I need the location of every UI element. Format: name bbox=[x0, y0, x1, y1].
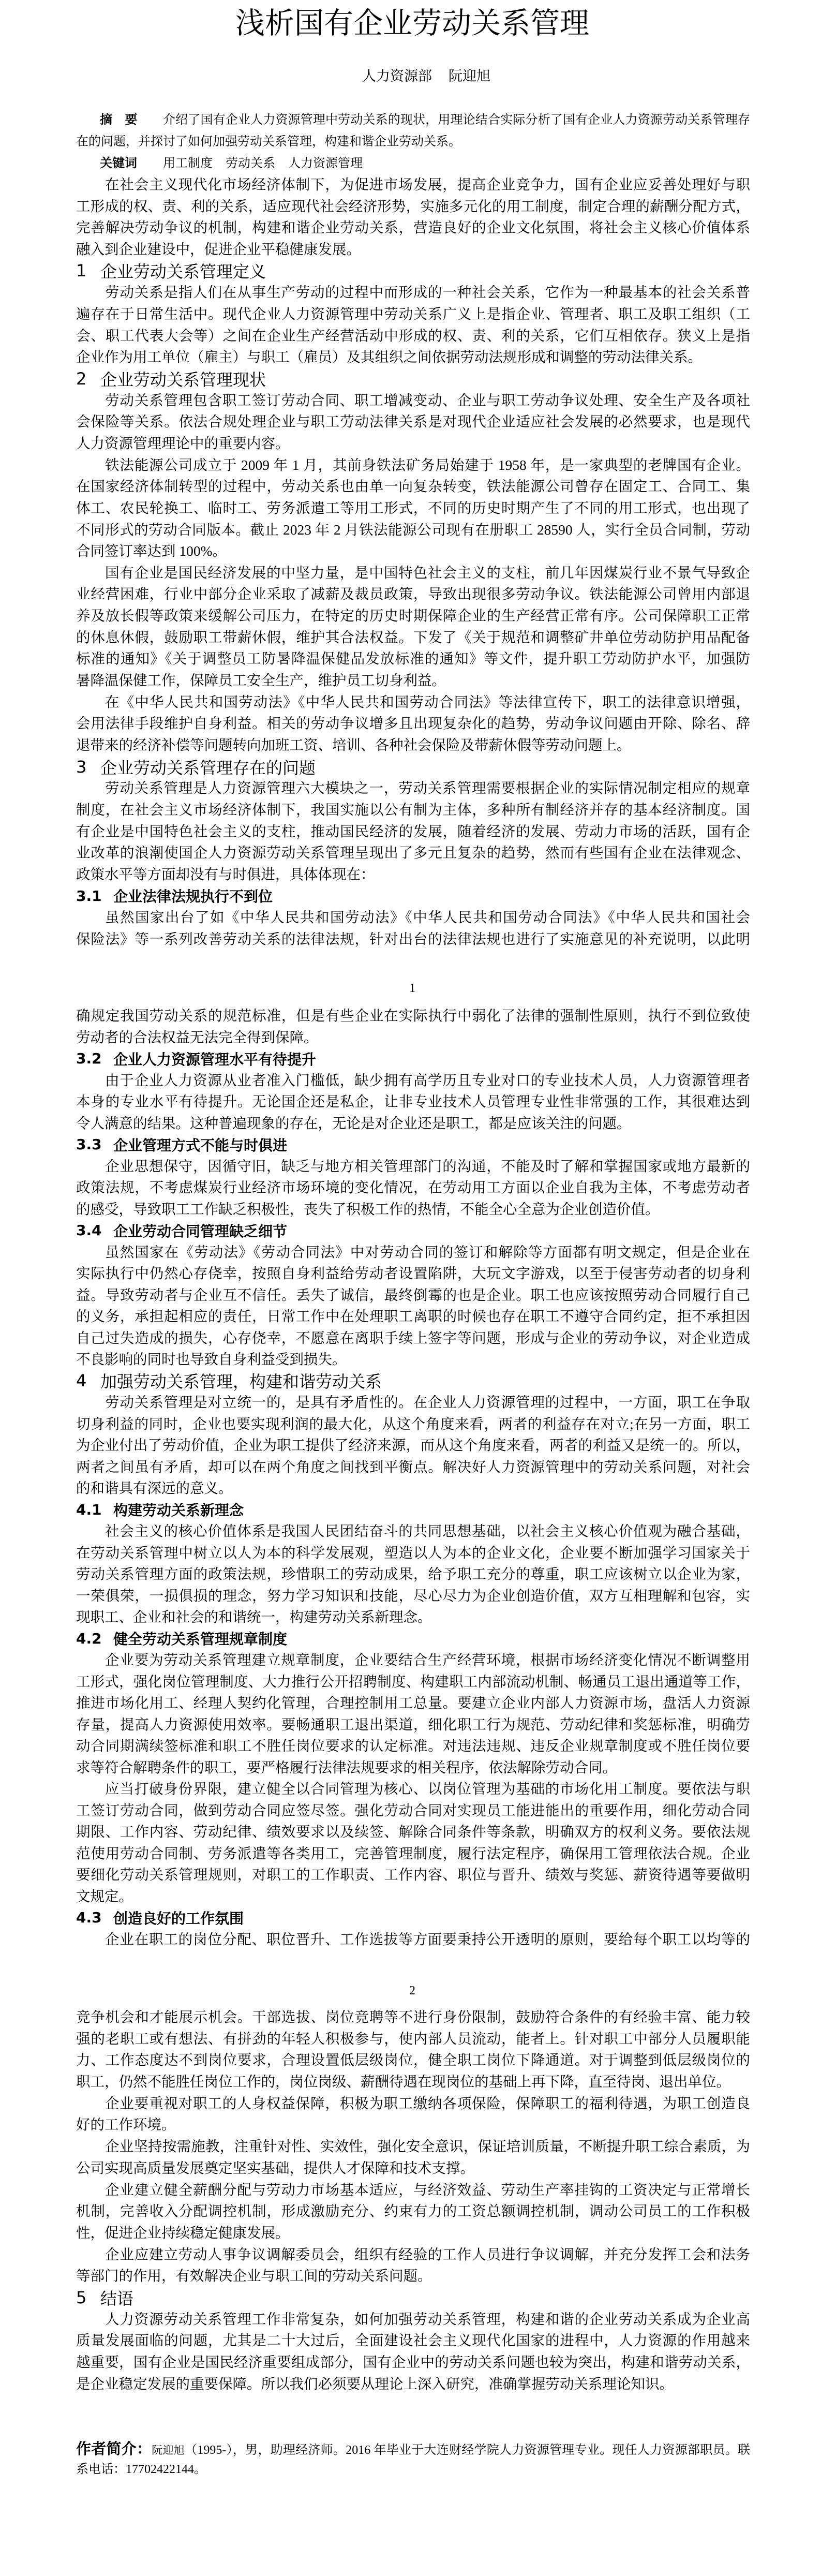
paragraph: 在社会主义现代化市场经济体制下，为促进市场发展，提高企业竞争力，国有企业应妥善处… bbox=[76, 174, 750, 260]
author-bio-line: 作者简介：阮迎旭（1995-），男，助理经济师。2016 年毕业于大连财经学院人… bbox=[76, 2438, 750, 2459]
text-line: 本身的专业水平有待提升。无论国企还是私企，让非专业技术人员管理专业性非常强的工作… bbox=[76, 1091, 750, 1113]
text-line: 企业应建立劳动人事争议调解委员会，组织有经验的工作人员进行争议调解，并充分发挥工… bbox=[76, 2244, 750, 2266]
heading-title: 企业劳动关系管理定义 bbox=[100, 259, 266, 283]
text-line: 机制，完善收入分配调控机制，形成激励充分、约束有力的工资总额调控机制，调动公司员… bbox=[76, 2200, 750, 2222]
paragraph: 企业坚持按需施教，注重针对性、实效性，强化安全意识，保证培训质量，不断提升职工综… bbox=[76, 2136, 750, 2179]
heading-title: 企业劳动关系管理存在的问题 bbox=[100, 755, 316, 779]
text-line: 企业要为劳动关系管理建立规章制度，企业要结合生产经营环境，根据市场经济变化情况不… bbox=[76, 1649, 750, 1671]
text-line: 保险法》等一系列改善劳动关系的法律法规，针对出台的法律法规也进行了实施意见的补充… bbox=[76, 928, 750, 950]
text-line: 不同形式的劳动合同版本。截止 2023 年 2 月铁法能源公司现有在册职工 28… bbox=[76, 519, 750, 541]
text-line: 业改革的浪潮使国企人力资源劳动关系管理呈现出了多元且复杂的趋势，然而有些国有企业… bbox=[76, 842, 750, 864]
page-number: 1 bbox=[0, 981, 821, 996]
text-line: 动合同期满续签标准和职工不胜任岗位要求的认定标准。对违法违规、违反企业规章制度或… bbox=[76, 1735, 750, 1757]
text-line: 的和谐具有深远的意义。 bbox=[76, 1477, 750, 1499]
keyword: 劳动关系 bbox=[226, 153, 275, 174]
text-line: 范使用劳动合同制、劳务派遣等各类用工，完善管理制度，履行法定程序，确保用工管理依… bbox=[76, 1843, 750, 1864]
heading-number: 3.2 bbox=[76, 1050, 113, 1067]
abstract-section: 摘 要 介绍了国有企业人力资源管理中劳动关系的现状，用理论结合实际分析了国有企业… bbox=[76, 109, 750, 174]
paragraph: 人力资源劳动关系管理工作非常复杂，如何加强劳动关系管理，构建和谐的企业劳动关系成… bbox=[76, 2308, 750, 2395]
subsection-heading: 3.4 企业劳动合同管理缺乏细节 bbox=[76, 1220, 750, 1241]
text-line: 在国家经济体制转型的过程中，劳动关系也由单一向复杂转变，铁法能源公司曾存在固定工… bbox=[76, 476, 750, 497]
text-line: 劳动者的合法权益无法完全得到保障。 bbox=[76, 1027, 750, 1048]
heading-title: 健全劳动关系管理规章制度 bbox=[113, 1628, 287, 1649]
heading-title: 结语 bbox=[100, 2286, 133, 2309]
text-line: 国有企业是国民经济发展的中坚力量，是中国特色社会主义的支柱，前几年因煤炭行业不景… bbox=[76, 562, 750, 584]
text-line: 一荣俱荣，一损俱损的理念，努力学习知识和技能，尽心尽力为企业创造价值，双方互相理… bbox=[76, 1585, 750, 1607]
heading-number: 3 bbox=[76, 757, 100, 777]
paragraph: 虽然国家在《劳动法》《劳动合同法》中对劳动合同的签订和解除等方面都有明文规定，但… bbox=[76, 1241, 750, 1370]
heading-title: 加强劳动关系管理，构建和谐劳动关系 bbox=[100, 1369, 382, 1393]
paragraph: 企业思想保守，因循守旧，缺乏与地方相关管理部门的沟通，不能及时了解和掌握国家或地… bbox=[76, 1156, 750, 1220]
text-line: 暑降温保健工作，保障员工安全生产，维护员工切身利益。 bbox=[76, 670, 750, 691]
section-heading: 1 企业劳动关系管理定义 bbox=[76, 260, 750, 282]
heading-title: 企业劳动合同管理缺乏细节 bbox=[113, 1220, 287, 1241]
text-line: 实际执行中仍然心存侥幸，按照自身利益给劳动者设置陷阱，大玩文字游戏，以至于侵害劳… bbox=[76, 1263, 750, 1284]
keyword: 用工制度 bbox=[163, 153, 213, 174]
author-name: 阮迎旭 bbox=[449, 68, 490, 84]
text-line: 现职工、企业和社会的和谐统一，构建劳动关系新理念。 bbox=[76, 1606, 750, 1628]
subsection-heading: 3.2 企业人力资源管理水平有待提升 bbox=[76, 1048, 750, 1070]
paragraph: 企业建立健全薪酬分配与劳动力市场基本适应，与经济效益、劳动生产率挂钩的工资决定与… bbox=[76, 2179, 750, 2244]
text-line: 企业坚持按需施教，注重针对性、实效性，强化安全意识，保证培训质量，不断提升职工综… bbox=[76, 2136, 750, 2157]
text-line: 业经营困难，行业中部分企业采取了减薪及裁员政策，导致出现很多劳动争议。铁法能源公… bbox=[76, 583, 750, 605]
text-line: 制度，在社会主义市场经济体制下，我国实施以公有制为主体，多种所有制经济并存的基本… bbox=[76, 799, 750, 821]
paragraph: 企业在职工的岗位分配、职位晋升、工作选拔等方面要秉持公开透明的原则，要给每个职工… bbox=[76, 1929, 750, 1950]
text-line: 益。导致劳动者与企业互不信任。丢失了诚信，最终倒霉的也是企业。职工也应该按照劳动… bbox=[76, 1284, 750, 1306]
text-line: 工签订劳动合同，做到劳动合同应签尽签。强化劳动合同对实现员工能进能出的重要作用，… bbox=[76, 1800, 750, 1822]
paragraph: 由于企业人力资源从业者准入门槛低，缺少拥有高学历且专业对口的专业技术人员，人力资… bbox=[76, 1070, 750, 1134]
text-line: 退带来的经济补偿等问题转向加班工资、培训、各种社会保险及带薪休假等劳动问题上。 bbox=[76, 734, 750, 756]
text-line: 为企业付出了劳动价值，企业为职工提供了经济来源，而从这个角度来看，两者的利益又是… bbox=[76, 1434, 750, 1456]
paragraph: 虽然国家出台了如《中华人民共和国劳动法》《中华人民共和国劳动合同法》《中华人民共… bbox=[76, 907, 750, 950]
text-line: 虽然国家出台了如《中华人民共和国劳动法》《中华人民共和国劳动合同法》《中华人民共… bbox=[76, 907, 750, 928]
text-line: 不良影响的同时也导致自身利益受到损失。 bbox=[76, 1349, 750, 1370]
text-line: 政策水平等方面却没有与时俱进，具体体现在： bbox=[76, 864, 750, 885]
author-bio-label: 作者简介： bbox=[76, 2440, 152, 2457]
keyword: 人力资源管理 bbox=[288, 153, 363, 174]
abstract-text-line: 介绍了国有企业人力资源管理中劳动关系的现状，用理论结合实际分析了国有企业人力资源… bbox=[163, 109, 750, 131]
section-heading: 3 企业劳动关系管理存在的问题 bbox=[76, 756, 750, 778]
text-line: 力、工作态度达不到岗位要求，合理设置低层级岗位，健全职工岗位下降通道。对于调整到… bbox=[76, 2049, 750, 2071]
author-department: 人力资源部 bbox=[362, 68, 432, 84]
text-line: 自己过失造成的损失，心存侥幸，不愿意在离职手续上签字等问题，形成与企业的劳动争议… bbox=[76, 1327, 750, 1349]
text-line: 人力资源劳动关系管理工作非常复杂，如何加强劳动关系管理，构建和谐的企业劳动关系成… bbox=[76, 2308, 750, 2330]
text-line: 切身利益的同时，企业也要实现利润的最大化，从这个角度来看，两者的利益存在对立;在… bbox=[76, 1413, 750, 1435]
text-line: 期限、工作内容、劳动纪律、绩效要求以及续签、解除合同条件等条款，明确双方的权利义… bbox=[76, 1821, 750, 1843]
paragraph: 铁法能源公司成立于 2009 年 1 月，其前身铁法矿务局始建于 1958 年，… bbox=[76, 454, 750, 562]
keywords-line: 关键词 用工制度 劳动关系 人力资源管理 bbox=[76, 153, 750, 174]
text-line: 确规定我国劳动关系的规范标准，但是有些企业在实际执行中弱化了法律的强制性原则，执… bbox=[76, 1005, 750, 1027]
heading-number: 5 bbox=[76, 2288, 100, 2307]
paragraph: 劳动关系管理是人力资源管理六大模块之一，劳动关系管理需要根据企业的实际情况制定相… bbox=[76, 777, 750, 885]
text-line: 合同签订率达到 100%。 bbox=[76, 540, 750, 562]
text-line: 虽然国家在《劳动法》《劳动合同法》中对劳动合同的签订和解除等方面都有明文规定，但… bbox=[76, 1241, 750, 1263]
text-line: 等部门的作用，有效解决企业与职工间的劳动关系问题。 bbox=[76, 2265, 750, 2287]
abstract-label: 摘 要 bbox=[100, 109, 163, 131]
text-line: 推进市场化用工、经理人契约化管理，合理控制用工总量。要建立企业内部人力资源市场，… bbox=[76, 1692, 750, 1714]
text-line: 社会主义的核心价值体系是我国人民团结奋斗的共同思想基础，以社会主义核心价值观为融… bbox=[76, 1520, 750, 1542]
author-bio: 作者简介：阮迎旭（1995-），男，助理经济师。2016 年毕业于大连财经学院人… bbox=[76, 2438, 750, 2480]
text-line: 会保险等关系。依法合规处理企业与职工劳动法律关系是对现代企业适应社会发展的必然要… bbox=[76, 411, 750, 433]
text-line: 政策法规，不考虑煤炭行业经济市场环境的变化情况，在劳动用工方面以企业自我为主体，… bbox=[76, 1177, 750, 1198]
heading-number: 2 bbox=[76, 369, 100, 389]
paragraph: 劳动关系是指人们在从事生产劳动的过程中而形成的一种社会关系，它作为一种最基本的社… bbox=[76, 282, 750, 368]
paragraph: 劳动关系管理是对立统一的，是具有矛盾性的。在企业人力资源管理的过程中，一方面，职… bbox=[76, 1391, 750, 1499]
author-bio-name: 阮迎旭 bbox=[152, 2444, 185, 2456]
text-line: 是企业稳定发展的重要保障。所以我们必须要从理论上深入研究，准确掌握劳动关系理论知… bbox=[76, 2373, 750, 2395]
text-line: 融入到企业建设中，促进企业平稳健康发展。 bbox=[76, 239, 750, 260]
paragraph: 国有企业是国民经济发展的中坚力量，是中国特色社会主义的支柱，前几年因煤炭行业不景… bbox=[76, 562, 750, 691]
text-line: 强的老职工或有想法、有拼劲的年轻人积极参与，使内部人员流动，能者上。针对职工中部… bbox=[76, 2028, 750, 2050]
text-line: 工形式，强化岗位管理制度、大力推行公开招聘制度、构建职工内部流动机制、畅通员工退… bbox=[76, 1671, 750, 1693]
text-line: 标准的通知》《关于调整员工防暑降温保健品发放标准的通知》等文件，提升职工劳动防护… bbox=[76, 648, 750, 670]
paragraph: 企业要为劳动关系管理建立规章制度，企业要结合生产经营环境，根据市场经济变化情况不… bbox=[76, 1649, 750, 1778]
heading-title: 企业人力资源管理水平有待提升 bbox=[113, 1048, 316, 1069]
text-line: 企业要重视对职工的人身权益保障，积极为职工缴纳各项保险，保障职工的福利待遇，为职… bbox=[76, 2093, 750, 2114]
text-line: 企业建立健全薪酬分配与劳动力市场基本适应，与经济效益、劳动生产率挂钩的工资决定与… bbox=[76, 2179, 750, 2201]
heading-number: 4.3 bbox=[76, 1909, 113, 1926]
text-line: 养及放长假等政策来缓解公司压力，在特定的历史时期保障企业的生产经营正常有序。公司… bbox=[76, 605, 750, 627]
heading-title: 企业管理方式不能与时俱进 bbox=[113, 1134, 287, 1155]
text-line: 好的工作环境。 bbox=[76, 2114, 750, 2136]
paragraph: 确规定我国劳动关系的规范标准，但是有些企业在实际执行中弱化了法律的强制性原则，执… bbox=[76, 1005, 750, 1048]
heading-title: 企业法律法规执行不到位 bbox=[113, 885, 273, 906]
text-line: 劳动关系管理包含职工签订劳动合同、职工增减变动、企业与职工劳动争议处理、安全生产… bbox=[76, 390, 750, 411]
text-line: 在《中华人民共和国劳动法》《中华人民共和国劳动合同法》等法律宣传下，职工的法律意… bbox=[76, 691, 750, 713]
document-page: 浅析国有企业劳动关系管理 人力资源部阮迎旭 摘 要 介绍了国有企业人力资源管理中… bbox=[0, 0, 821, 2576]
text-line: 劳动关系管理方面的政策法规，珍惜职工的劳动成果，给予职工充分的尊重，职工应该树立… bbox=[76, 1563, 750, 1585]
paragraph: 企业应建立劳动人事争议调解委员会，组织有经验的工作人员进行争议调解，并充分发挥工… bbox=[76, 2244, 750, 2287]
section-heading: 5 结语 bbox=[76, 2287, 750, 2308]
text-line: 有企业是中国特色社会主义的支柱，推动国民经济的发展，随着经济的发展、劳动力市场的… bbox=[76, 821, 750, 842]
text-line: 的感受，导致职工工作缺乏积极性，丧失了积极工作的热情，不能全心全意为企业创造价值… bbox=[76, 1198, 750, 1220]
text-line: 文规定。 bbox=[76, 1886, 750, 1907]
text-line: 会用法律手段维护自身利益。相关的劳动争议增多且出现复杂化的趋势，劳动争议问题由开… bbox=[76, 713, 750, 734]
paragraph: 应当打破身份界限，建立健全以合同管理为核心、以岗位管理为基础的市场化用工制度。要… bbox=[76, 1778, 750, 1907]
subsection-heading: 4.3 创造良好的工作氛围 bbox=[76, 1907, 750, 1929]
text-line: 公司实现高质量发展奠定坚实基础，提供人才保障和技术支撑。 bbox=[76, 2157, 750, 2179]
paragraph: 在《中华人民共和国劳动法》《中华人民共和国劳动合同法》等法律宣传下，职工的法律意… bbox=[76, 691, 750, 756]
abstract-text-line: 在的问题，并探讨了如何加强劳动关系管理，构建和谐企业劳动关系。 bbox=[76, 131, 750, 153]
text-line: 应当打破身份界限，建立健全以合同管理为核心、以岗位管理为基础的市场化用工制度。要… bbox=[76, 1778, 750, 1800]
page-2-body: 确规定我国劳动关系的规范标准，但是有些企业在实际执行中弱化了法律的强制性原则，执… bbox=[76, 1005, 750, 1950]
text-line: 的义务，承担起相应的责任，日常工作中在处理职工离职的时候也存在职工不遵守合同约定… bbox=[76, 1306, 750, 1327]
heading-number: 1 bbox=[76, 261, 100, 280]
subsection-heading: 3.3 企业管理方式不能与时俱进 bbox=[76, 1134, 750, 1156]
page-number: 2 bbox=[0, 1983, 821, 1998]
section-heading: 2 企业劳动关系管理现状 bbox=[76, 368, 750, 390]
text-line: 性，促进企业持续稳定健康发展。 bbox=[76, 2222, 750, 2244]
page-1-body: 在社会主义现代化市场经济体制下，为促进市场发展，提高企业竞争力，国有企业应妥善处… bbox=[76, 174, 750, 950]
subsection-heading: 3.1 企业法律法规执行不到位 bbox=[76, 885, 750, 907]
text-line: 完善解决劳动争议的机制，构建和谐企业劳动关系，营造良好的企业文化氛围，将社会主义… bbox=[76, 217, 750, 239]
heading-title: 创造良好的工作氛围 bbox=[113, 1907, 244, 1928]
section-heading: 4 加强劳动关系管理，构建和谐劳动关系 bbox=[76, 1370, 750, 1392]
text-line: 竞争机会和才能展示机会。干部选拔、岗位竞聘等不进行身份限制，鼓励符合条件的有经验… bbox=[76, 2006, 750, 2028]
text-line: 体工、农民轮换工、临时工、劳务派遣工等用工形式，不同的历史时期产生了不同的用工形… bbox=[76, 497, 750, 519]
text-line: 企业作为用工单位（雇主）与职工（雇员）及其组织之间依据劳动法规形成和调整的劳动法… bbox=[76, 346, 750, 368]
heading-number: 4.2 bbox=[76, 1630, 113, 1647]
text-line: 两者之间虽有矛盾，却可以在两个角度之间找到平衡点。解决好人力资源管理中的劳动关系… bbox=[76, 1456, 750, 1478]
text-line: 遍存在于日常生活中。现代企业人力资源管理中劳动关系广义上是指企业、管理者、职工及… bbox=[76, 303, 750, 325]
text-line: 工形成的权、责、利的关系，适应现代社会经济形势，实施多元化的用工制度，制定合理的… bbox=[76, 196, 750, 217]
text-line: 质量发展面临的问题，尤其是二十大过后，全面建设社会主义现代化国家的进程中，人力资… bbox=[76, 2330, 750, 2351]
text-line: 劳动关系是指人们在从事生产劳动的过程中而形成的一种社会关系，它作为一种最基本的社… bbox=[76, 282, 750, 303]
text-line: 令人满意的结果。这种普遍现象的存在，无论是对企业还是职工，都是应该关注的问题。 bbox=[76, 1113, 750, 1134]
subsection-heading: 4.2 健全劳动关系管理规章制度 bbox=[76, 1628, 750, 1650]
paragraph: 社会主义的核心价值体系是我国人民团结奋斗的共同思想基础，以社会主义核心价值观为融… bbox=[76, 1520, 750, 1628]
text-line: 要细化劳动关系管理规则，对职工的工作职责、工作内容、职位与晋升、绩效与奖惩、薪资… bbox=[76, 1864, 750, 1886]
paragraph: 企业要重视对职工的人身权益保障，积极为职工缴纳各项保险，保障职工的福利待遇，为职… bbox=[76, 2093, 750, 2136]
text-line: 在社会主义现代化市场经济体制下，为促进市场发展，提高企业竞争力，国有企业应妥善处… bbox=[76, 174, 750, 196]
text-line: 的休息休假，鼓励职工带薪休假，维护其合法权益。下发了《关于规范和调整矿井单位劳动… bbox=[76, 627, 750, 648]
paragraph: 劳动关系管理包含职工签订劳动合同、职工增减变动、企业与职工劳动争议处理、安全生产… bbox=[76, 390, 750, 454]
author-bio-text: （1995-），男，助理经济师。2016 年毕业于大连财经学院人力资源管理专业。… bbox=[185, 2444, 750, 2457]
heading-number: 3.1 bbox=[76, 887, 113, 905]
paper-title: 浅析国有企业劳动关系管理 bbox=[0, 7, 821, 39]
text-line: 会、职工代表大会等）之间在企业生产经营活动中形成的权、责、利的关系，它们互相依存… bbox=[76, 325, 750, 347]
author-bio-line: 系电话：17702422144。 bbox=[76, 2459, 750, 2480]
author-line: 人力资源部阮迎旭 bbox=[362, 68, 490, 85]
text-line: 劳动关系管理是对立统一的，是具有矛盾性的。在企业人力资源管理的过程中，一方面，职… bbox=[76, 1391, 750, 1413]
text-line: 越重要，国有企业是国民经济重要组成部分，国有企业中的劳动关系问题也较为突出，构建… bbox=[76, 2351, 750, 2373]
text-line: 存量，提高人力资源使用效率。要畅通职工退出渠道，细化职工行为规范、劳动纪律和奖惩… bbox=[76, 1714, 750, 1736]
heading-number: 3.4 bbox=[76, 1222, 113, 1239]
heading-number: 4.1 bbox=[76, 1501, 113, 1518]
keywords-label: 关键词 bbox=[100, 153, 163, 174]
heading-title: 构建劳动关系新理念 bbox=[113, 1499, 244, 1520]
text-line: 企业在职工的岗位分配、职位晋升、工作选拔等方面要秉持公开透明的原则，要给每个职工… bbox=[76, 1929, 750, 1950]
text-line: 劳动关系管理是人力资源管理六大模块之一，劳动关系管理需要根据企业的实际情况制定相… bbox=[76, 777, 750, 799]
text-line: 在劳动关系管理中树立以人为本的科学发展观，塑造以人为本的企业文化，企业要不断加强… bbox=[76, 1542, 750, 1564]
text-line: 人力资源管理理论中的重要内容。 bbox=[76, 433, 750, 454]
heading-title: 企业劳动关系管理现状 bbox=[100, 367, 266, 391]
abstract-first-line: 摘 要 介绍了国有企业人力资源管理中劳动关系的现状，用理论结合实际分析了国有企业… bbox=[76, 109, 750, 131]
text-line: 由于企业人力资源从业者准入门槛低，缺少拥有高学历且专业对口的专业技术人员，人力资… bbox=[76, 1070, 750, 1091]
paragraph: 竞争机会和才能展示机会。干部选拔、岗位竞聘等不进行身份限制，鼓励符合条件的有经验… bbox=[76, 2006, 750, 2093]
page-3-body: 竞争机会和才能展示机会。干部选拔、岗位竞聘等不进行身份限制，鼓励符合条件的有经验… bbox=[76, 2006, 750, 2394]
text-line: 铁法能源公司成立于 2009 年 1 月，其前身铁法矿务局始建于 1958 年，… bbox=[76, 454, 750, 476]
heading-number: 3.3 bbox=[76, 1136, 113, 1153]
text-line: 求等符合解聘条件的职工，要严格履行法律法规要求的相关程序，依法解除劳动合同。 bbox=[76, 1757, 750, 1779]
heading-number: 4 bbox=[76, 1371, 100, 1390]
text-line: 职工，仍然不能胜任岗位工作的，岗位岗级、薪酬待遇在现岗位的基础上再下降，直至待岗… bbox=[76, 2071, 750, 2093]
subsection-heading: 4.1 构建劳动关系新理念 bbox=[76, 1499, 750, 1521]
text-line: 企业思想保守，因循守旧，缺乏与地方相关管理部门的沟通，不能及时了解和掌握国家或地… bbox=[76, 1156, 750, 1177]
